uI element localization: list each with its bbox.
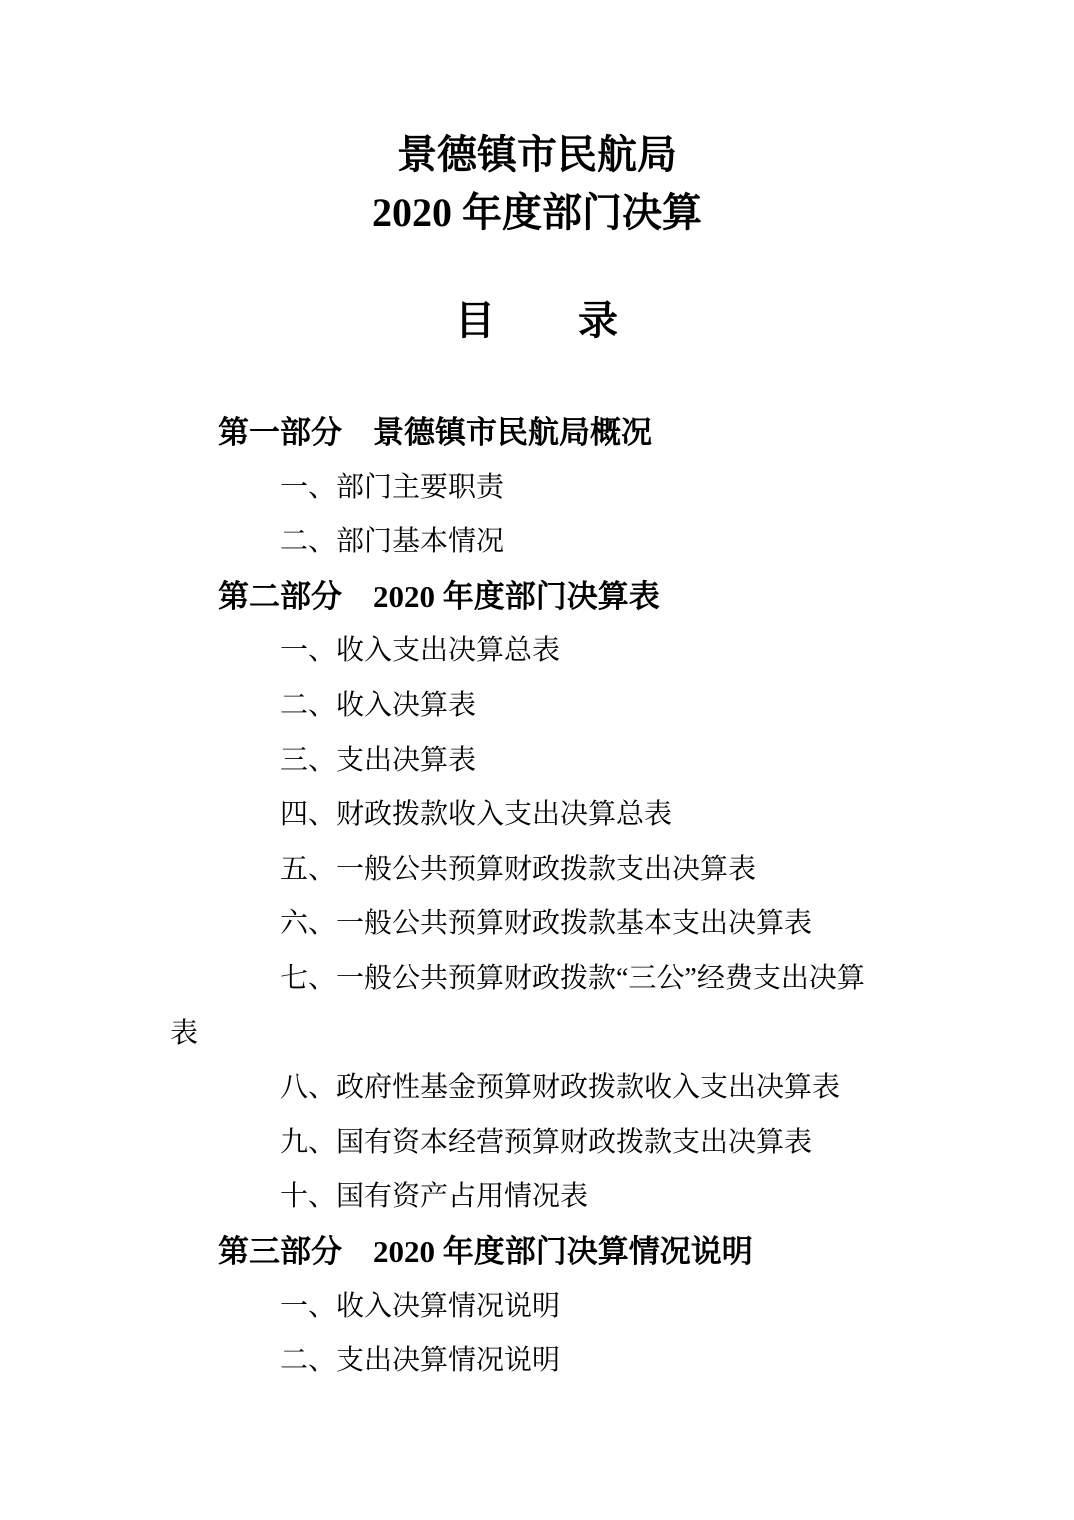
- toc-item: 一、收入决算情况说明: [170, 1280, 910, 1335]
- toc-item: 二、支出决算情况说明: [170, 1334, 910, 1389]
- toc-item: 六、一般公共预算财政拨款基本支出决算表: [170, 897, 910, 952]
- toc-item: 二、部门基本情况: [170, 515, 910, 570]
- toc-item: 二、收入决算表: [170, 679, 910, 734]
- toc-heading: 目 录: [0, 292, 1074, 350]
- document-title-line-1: 景德镇市民航局: [0, 126, 1074, 184]
- toc-item: 一、收入支出决算总表: [170, 624, 910, 679]
- toc-item: 九、国有资本经营预算财政拨款支出决算表: [170, 1116, 910, 1171]
- document-title-line-2: 2020 年度部门决算: [0, 184, 1074, 242]
- toc-part-heading: 第二部分 2020 年度部门决算表: [170, 570, 910, 625]
- toc-item: 三、支出决算表: [170, 734, 910, 789]
- toc-wrap-line: 表: [170, 1007, 910, 1062]
- toc-part-heading: 第一部分 景德镇市民航局概况: [170, 406, 910, 461]
- toc-item: 一、部门主要职责: [170, 461, 910, 516]
- document-page: 景德镇市民航局 2020 年度部门决算 目 录 第一部分 景德镇市民航局概况一、…: [0, 0, 1074, 1520]
- table-of-contents: 第一部分 景德镇市民航局概况一、部门主要职责二、部门基本情况第二部分 2020 …: [170, 406, 910, 1389]
- toc-item: 四、财政拨款收入支出决算总表: [170, 788, 910, 843]
- toc-item: 八、政府性基金预算财政拨款收入支出决算表: [170, 1061, 910, 1116]
- toc-item: 十、国有资产占用情况表: [170, 1170, 910, 1225]
- toc-part-heading: 第三部分 2020 年度部门决算情况说明: [170, 1225, 910, 1280]
- toc-item: 七、一般公共预算财政拨款“三公”经费支出决算: [170, 952, 910, 1007]
- toc-item: 五、一般公共预算财政拨款支出决算表: [170, 843, 910, 898]
